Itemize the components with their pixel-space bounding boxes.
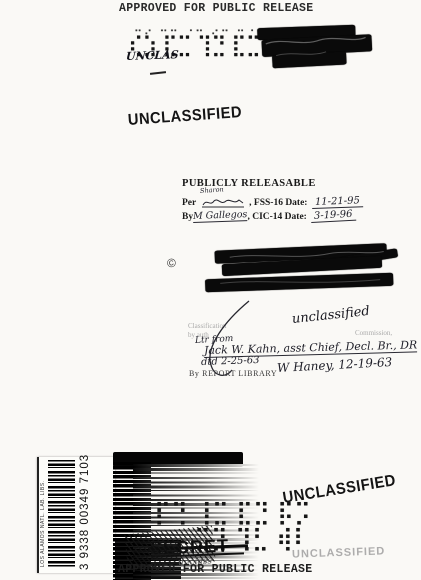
publicly-releasable-block: PUBLICLY RELEASABLE Sharon Per , FSS-16 … xyxy=(182,178,397,222)
marker-squiggle-middle xyxy=(200,240,401,298)
annotation-cluster: unclassified Classification Commission, … xyxy=(185,305,415,385)
handwritten-dtd-line: dtd 2-25-63 xyxy=(201,355,260,368)
top-release-banner: APPROVED FOR PUBLIC RELEASE xyxy=(119,2,313,15)
by-signature: M Gallegos xyxy=(193,209,248,223)
unclas-scrawl: UNCLAS xyxy=(126,48,180,63)
barcode-stripes xyxy=(48,460,75,568)
dot-matrix-bottom-row1: ⡏⢙ ⢸⣉ ⣏⣙ ⡯⡩ xyxy=(154,502,311,525)
dot-matrix-top: ⠒⠔ ⠒⠒ ⠐⠒ ⠔⠒ ⠒⠐ ⠒⠒ ⢎⣱ ⣏⣉ ⢹⣙ ⣏⣉ ⢹⢸ ⣏⣹ UNCL… xyxy=(126,26,276,78)
bottom-release-banner: APPROVED FOR PUBLIC RELEASE xyxy=(118,563,312,576)
redaction-block-top xyxy=(255,22,387,79)
cic14-date: 3-19-96 xyxy=(311,209,356,223)
unclassified-stamp-upper: UNCLASSIFIED xyxy=(127,104,242,130)
redaction-block-middle xyxy=(200,240,401,298)
barcode-label: LOS ALAMOS NATL. LAB. LIBS. 3 9338 00349… xyxy=(37,457,115,573)
report-library-label: By REPORT LIBRARY xyxy=(189,369,277,378)
cic14-label: , CIC-14 Date: xyxy=(247,212,306,222)
handwritten-unclassified: unclassified xyxy=(291,304,370,327)
unclassified-stamp-faint: UNCLASSIFIED xyxy=(292,545,386,560)
handwritten-report-library-signature: W Haney, 12-19-63 xyxy=(277,355,393,375)
scanned-document-page: APPROVED FOR PUBLIC RELEASE ⠒⠔ ⠒⠒ ⠐⠒ ⠔⠒ … xyxy=(0,0,421,580)
by-label: By xyxy=(182,212,193,222)
faint-commission-text: Commission, xyxy=(355,329,392,337)
small-strike-mark xyxy=(150,71,166,75)
barcode-number: 3 9338 00349 7103 xyxy=(79,460,91,570)
circled-copy-symbol: © xyxy=(166,255,177,270)
dot-matrix-bottom: ⡏⢙ ⢸⣉ ⣏⣙ ⡯⡩ ⣉⣙ ⢹⣃ ⢾⠇ SECRET unclass xyxy=(148,502,298,572)
barcode-side-label: LOS ALAMOS NATL. LAB. LIBS. xyxy=(40,463,46,567)
marker-squiggle-highlight xyxy=(261,30,372,64)
